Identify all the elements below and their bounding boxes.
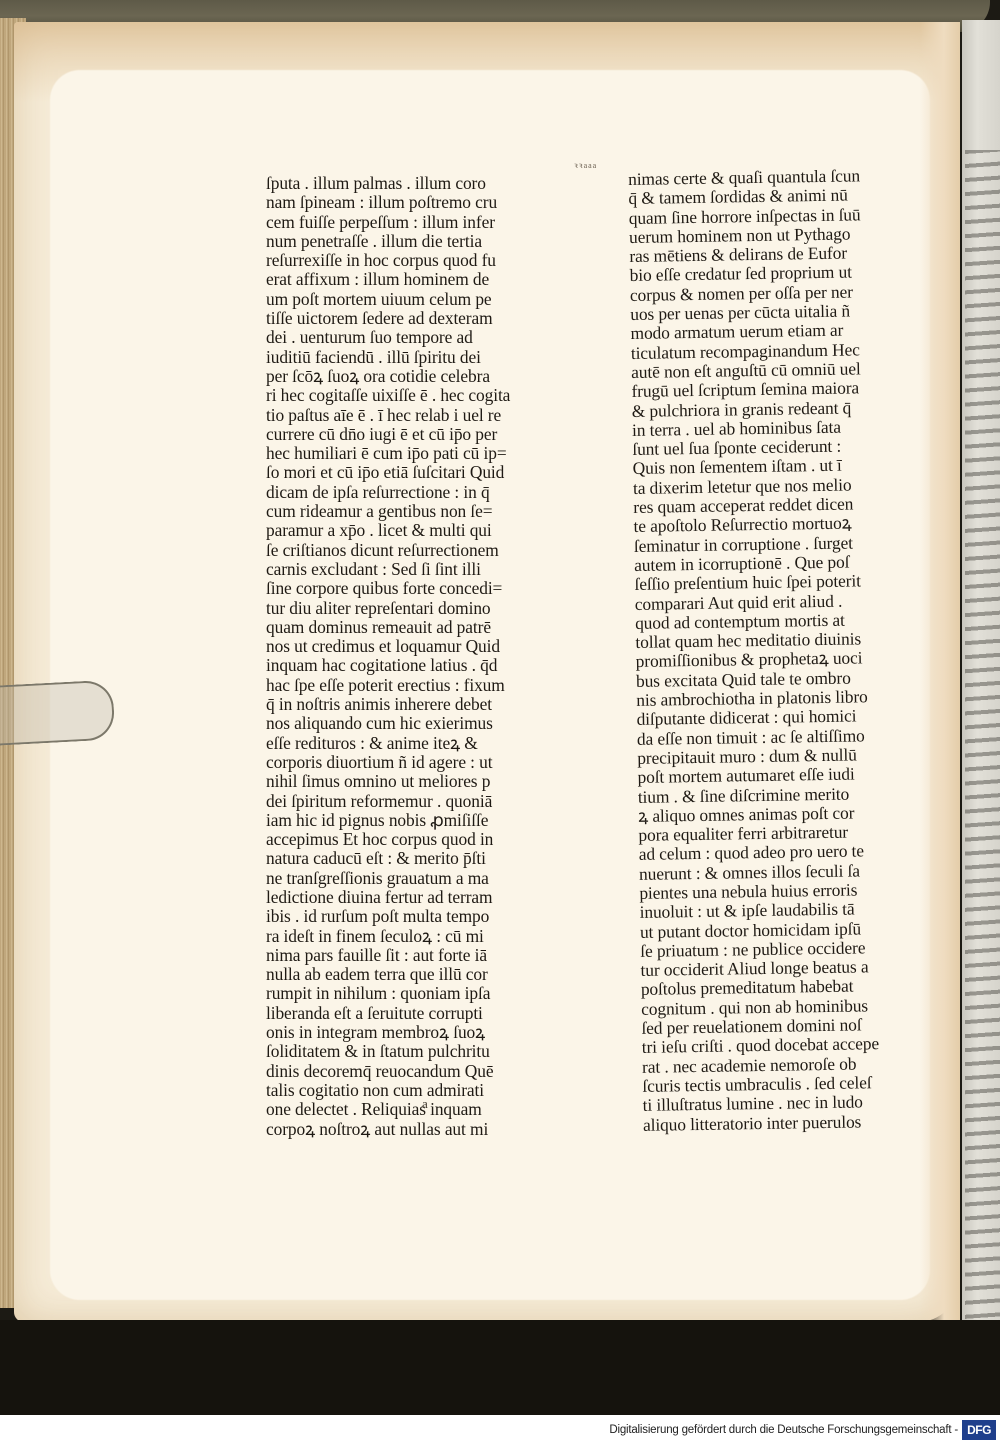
- text-line: carnis excludant : Sed ſi ſint illi: [266, 560, 510, 579]
- text-line: dei . uenturum ſuo tempore ad: [266, 328, 510, 347]
- text-line: ſo mori et cū ip̄o etiā ſuſcitari Quid: [266, 463, 510, 482]
- text-line: aliquo litteratorio inter puerulos: [643, 1112, 881, 1135]
- text-line: nam ſpineam : illum poſtremo cru: [266, 193, 510, 212]
- text-line: nulla ab eadem terra que illū cor: [266, 965, 510, 984]
- text-line: quam dominus remeauit ad patrē: [266, 618, 510, 637]
- text-line: reſurrexiſſe in hoc corpus quod fu: [266, 251, 510, 270]
- funding-credit: Digitalisierung gefördert durch die Deut…: [609, 1424, 958, 1436]
- text-column-left: ſputa . illum palmas . illum coronam ſpi…: [266, 174, 510, 1139]
- text-line: q̄ in noſtris animis inherere debet: [266, 695, 510, 714]
- text-line: onis in integram membroꝝ ſuoꝝ: [266, 1023, 510, 1042]
- text-line: tio paſtus aīe ē . ī hec relab i uel re: [266, 406, 510, 425]
- signature-mark: a: [422, 1096, 428, 1112]
- text-line: rumpit in nihilum : quoniam ipſa: [266, 984, 510, 1003]
- text-line: um poſt mortem uiuum celum pe: [266, 290, 510, 309]
- text-line: hac ſpe eſſe poterit erectius : fixum: [266, 676, 510, 695]
- text-line: ra ideſt in finem ſeculoꝝ : cū mi: [266, 927, 510, 946]
- text-line: nos aliquando cum hic exierimus: [266, 714, 510, 733]
- text-line: inquam hac cogitatione latius . q̄d: [266, 656, 510, 675]
- text-line: dicam de ipſa reſurrectione : in q̄: [266, 483, 510, 502]
- text-line: per ſcōꝝ ſuoꝝ ora cotidie celebra: [266, 367, 510, 386]
- text-line: ibis . id rurſum poſt multa tempo: [266, 907, 510, 926]
- text-line: erat affixum : illum hominem de: [266, 270, 510, 289]
- dfg-logo-icon: DFG: [962, 1420, 996, 1440]
- text-line: num penetraſſe . illum die tertia: [266, 232, 510, 251]
- text-line: accepimus Et hoc corpus quod in: [266, 830, 510, 849]
- footer-bar: Digitalisierung gefördert durch die Deut…: [0, 1415, 1000, 1446]
- text-line: ri hec cogitaſſe uixiſſe ē . hec cogita: [266, 386, 510, 405]
- text-line: cum rideamur a gentibus non ſe=: [266, 502, 510, 521]
- text-line: iuditiū faciendū . illū ſpiritu dei: [266, 348, 510, 367]
- text-line: nihil ſimus omnino ut meliores p: [266, 772, 510, 791]
- text-line: ne tranſgreſſionis grauatum a ma: [266, 869, 510, 888]
- page-holder-clip: [0, 680, 115, 747]
- text-line: dei ſpiritum reformemur . quoniā: [266, 792, 510, 811]
- book-scan: ꝛꝛaaa ſputa . illum palmas . illum coron…: [0, 0, 1000, 1415]
- text-line: ledictione diuina fertur ad terram: [266, 888, 510, 907]
- text-line: ſputa . illum palmas . illum coro: [266, 174, 510, 193]
- text-line: corpoꝝ noſtroꝝ aut nullas aut mi: [266, 1120, 510, 1139]
- text-line: one delectet . Reliquias inquam: [266, 1100, 510, 1119]
- text-line: cem fuiſſe perpeſſum : illum infer: [266, 213, 510, 232]
- text-line: iam hic id pignus nobis ꝓmiſiſſe: [266, 811, 510, 830]
- text-line: hec humiliari ē cum ip̄o pati cū ip=: [266, 444, 510, 463]
- text-line: ſoliditatem & in ſtatum pulchritu: [266, 1042, 510, 1061]
- facing-page-text: [965, 150, 1000, 1330]
- page-gutter: [920, 22, 960, 1322]
- catchmark: ꝛꝛaaa: [574, 160, 597, 171]
- text-line: ſe criſtianos dicunt reſurrectionem: [266, 541, 510, 560]
- text-line: ſine corpore quibus forte concedi=: [266, 579, 510, 598]
- text-line: nos ut credimus et loquamur Quid: [266, 637, 510, 656]
- text-line: tiſſe uictorem ſedere ad dexteram: [266, 309, 510, 328]
- text-line: dinis decoremq̄ reuocandum Quē: [266, 1062, 510, 1081]
- text-line: nima pars fauille ſit : aut forte iā: [266, 946, 510, 965]
- text-column-right: nimas certe & quaſi quantula ſcunq̄ & ta…: [628, 166, 880, 1134]
- text-line: talis cogitatio non cum admirati: [266, 1081, 510, 1100]
- text-line: tur diu aliter repreſentari domino: [266, 599, 510, 618]
- bottom-shadow: [0, 1320, 1000, 1415]
- text-line: currere cū dn̄o iugi ē et cū ip̄o per: [266, 425, 510, 444]
- text-line: paramur a xp̄o . licet & multi qui: [266, 521, 510, 540]
- text-line: liberanda eſt a ſeruitute corrupti: [266, 1004, 510, 1023]
- text-line: natura caducū eſt : & merito p̄ſti: [266, 849, 510, 868]
- text-line: eſſe redituros : & anime iteꝝ &: [266, 734, 510, 753]
- text-line: corporis diuortium ñ id agere : ut: [266, 753, 510, 772]
